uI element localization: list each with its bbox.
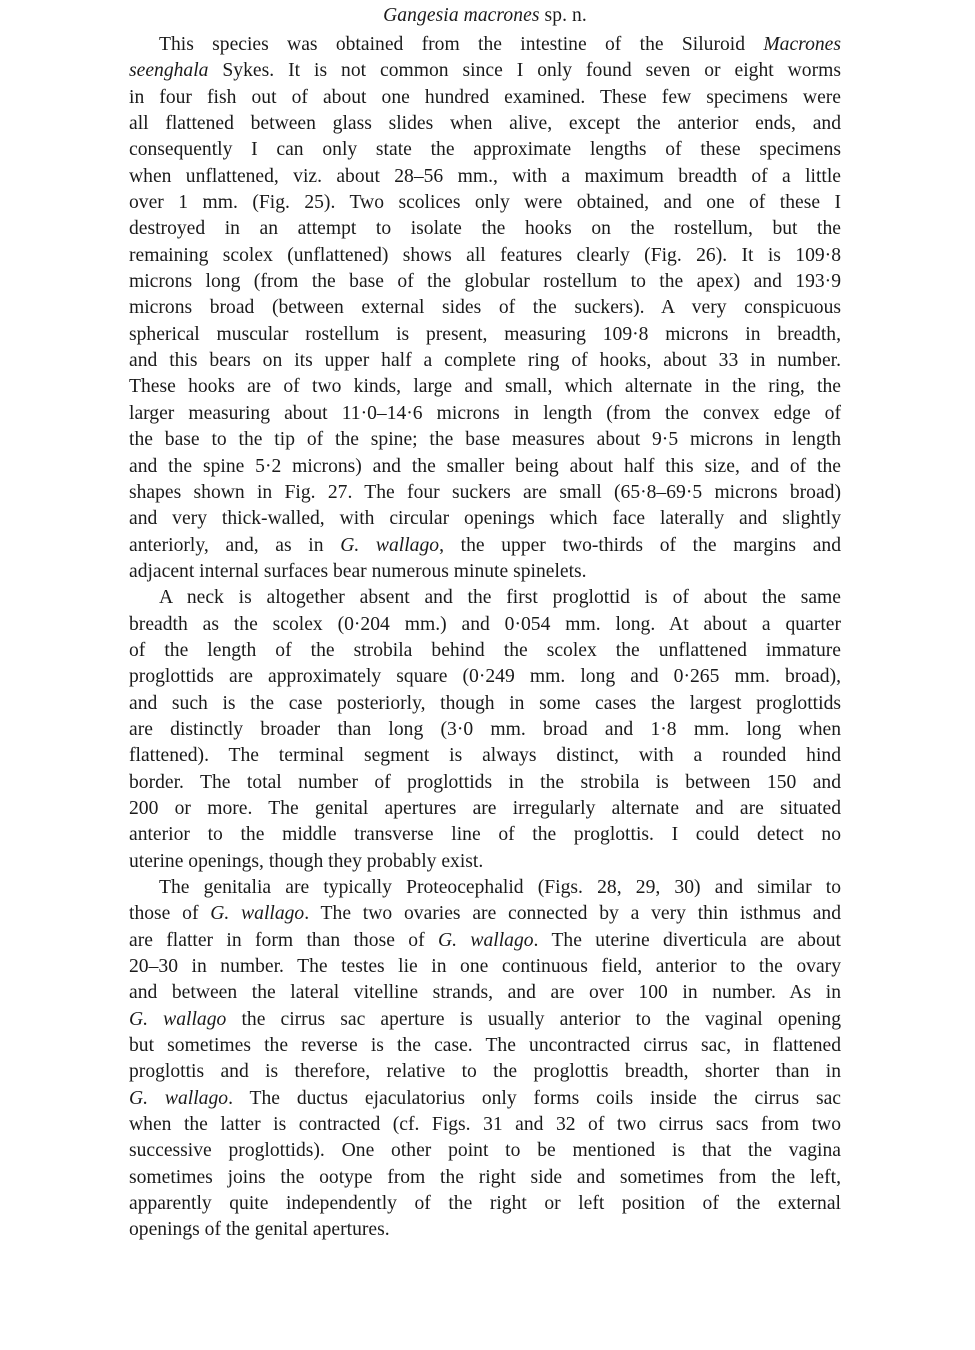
text-line: all flattened between glass slides when …: [129, 111, 841, 137]
text-run: successive proglottids). One other point…: [129, 1140, 841, 1161]
text-run: but sometimes the reverse is the case. T…: [129, 1035, 841, 1056]
text-run: This species was obtained from the intes…: [159, 34, 763, 55]
text-line: are distinctly broader than long (3·0 mm…: [129, 717, 841, 743]
text-line: These hooks are of two kinds, large and …: [129, 374, 841, 400]
text-run: Sykes. It is not common since I only fou…: [208, 60, 841, 81]
text-line: anterior to the middle transverse line o…: [129, 822, 841, 848]
text-line: microns broad (between external sides of…: [129, 295, 841, 321]
text-run: . The two ovaries are connected by a ver…: [304, 903, 841, 924]
italic-taxon-name: seenghala: [129, 60, 208, 81]
text-line: openings of the genital apertures.: [129, 1217, 841, 1243]
italic-taxon-name: G. wallago: [340, 535, 439, 556]
text-run: and very thick-walled, with circular ope…: [129, 508, 841, 529]
text-run: those of: [129, 903, 210, 924]
text-line: larger measuring about 11·0–14·6 microns…: [129, 401, 841, 427]
text-run: over 1 mm. (Fig. 25). Two scolices only …: [129, 192, 841, 213]
text-line: and the spine 5·2 microns) and the small…: [129, 454, 841, 480]
text-run: the cirrus sac aperture is usually anter…: [226, 1009, 841, 1030]
text-line: and this bears on its upper half a compl…: [129, 348, 841, 374]
text-line: and very thick-walled, with circular ope…: [129, 506, 841, 532]
text-line: in four fish out of about one hundred ex…: [129, 85, 841, 111]
text-line: when unflattened, viz. about 28–56 mm., …: [129, 164, 841, 190]
text-line: are flatter in form than those of G. wal…: [129, 928, 841, 954]
text-line: This species was obtained from the intes…: [129, 32, 841, 58]
italic-taxon-name: G. wallago: [438, 930, 534, 951]
text-run: adjacent internal surfaces bear numerous…: [129, 561, 587, 582]
text-run: proglottids are approximately square (0·…: [129, 666, 841, 687]
text-line: 20–30 in number. The testes lie in one c…: [129, 954, 841, 980]
section-heading: Gangesia macrones sp. n.: [129, 4, 841, 28]
text-run: 200 or more. The genital apertures are i…: [129, 798, 841, 819]
text-line: uterine openings, though they probably e…: [129, 849, 841, 875]
text-run: in four fish out of about one hundred ex…: [129, 87, 841, 108]
text-run: microns broad (between external sides of…: [129, 297, 841, 318]
text-run: The genitalia are typically Proteocephal…: [159, 877, 841, 898]
text-line: proglottids are approximately square (0·…: [129, 664, 841, 690]
text-run: microns long (from the base of the globu…: [129, 271, 841, 292]
italic-taxon-name: G. wallago: [129, 1009, 226, 1030]
text-run: and between the lateral vitelline strand…: [129, 982, 841, 1003]
text-run: the base to the tip of the spine; the ba…: [129, 429, 841, 450]
text-run: destroyed in an attempt to isolate the h…: [129, 218, 841, 239]
text-run: flattened). The terminal segment is alwa…: [129, 745, 841, 766]
italic-taxon-name: G. wallago: [129, 1088, 228, 1109]
text-line: G. wallago. The ductus ejaculatorius onl…: [129, 1086, 841, 1112]
text-run: anterior to the middle transverse line o…: [129, 824, 841, 845]
text-line: and such is the case posteriorly, though…: [129, 691, 841, 717]
text-run: sometimes joins the ootype from the righ…: [129, 1167, 841, 1188]
heading-species-name: Gangesia macrones: [383, 5, 539, 26]
text-line: the base to the tip of the spine; the ba…: [129, 427, 841, 453]
text-run: of the length of the strobila behind the…: [129, 640, 841, 661]
text-run: and such is the case posteriorly, though…: [129, 693, 841, 714]
paragraph-2: A neck is altogether absent and the firs…: [129, 585, 841, 875]
text-run: . The uterine diverticula are about: [534, 930, 841, 951]
paragraph-3: The genitalia are typically Proteocephal…: [129, 875, 841, 1244]
text-line: proglottis and is therefore, relative to…: [129, 1059, 841, 1085]
text-line: spherical muscular rostellum is present,…: [129, 322, 841, 348]
text-run: breadth as the scolex (0·204 mm.) and 0·…: [129, 614, 841, 635]
italic-taxon-name: G. wallago: [210, 903, 304, 924]
text-run: proglottis and is therefore, relative to…: [129, 1061, 841, 1082]
text-run: border. The total number of proglottids …: [129, 772, 841, 793]
text-run: are distinctly broader than long (3·0 mm…: [129, 719, 841, 740]
text-run: A neck is altogether absent and the firs…: [159, 587, 841, 608]
text-line: those of G. wallago. The two ovaries are…: [129, 901, 841, 927]
text-line: seenghala Sykes. It is not common since …: [129, 58, 841, 84]
paragraph-1: This species was obtained from the intes…: [129, 32, 841, 585]
text-run: and the spine 5·2 microns) and the small…: [129, 456, 841, 477]
text-line: anteriorly, and, as in G. wallago, the u…: [129, 533, 841, 559]
text-line: breadth as the scolex (0·204 mm.) and 0·…: [129, 612, 841, 638]
text-run: , the upper two-thirds of the margins an…: [439, 535, 841, 556]
text-line: 200 or more. The genital apertures are i…: [129, 796, 841, 822]
text-line: but sometimes the reverse is the case. T…: [129, 1033, 841, 1059]
text-line: adjacent internal surfaces bear numerous…: [129, 559, 841, 585]
text-line: successive proglottids). One other point…: [129, 1138, 841, 1164]
text-line: destroyed in an attempt to isolate the h…: [129, 216, 841, 242]
text-line: A neck is altogether absent and the firs…: [129, 585, 841, 611]
text-line: G. wallago the cirrus sac aperture is us…: [129, 1007, 841, 1033]
text-run: 20–30 in number. The testes lie in one c…: [129, 956, 841, 977]
text-line: remaining scolex (unflattened) shows all…: [129, 243, 841, 269]
text-run: when unflattened, viz. about 28–56 mm., …: [129, 166, 841, 187]
text-line: sometimes joins the ootype from the righ…: [129, 1165, 841, 1191]
text-run: and this bears on its upper half a compl…: [129, 350, 841, 371]
text-line: over 1 mm. (Fig. 25). Two scolices only …: [129, 190, 841, 216]
text-run: openings of the genital apertures.: [129, 1219, 390, 1240]
text-run: all flattened between glass slides when …: [129, 113, 841, 134]
text-run: anteriorly, and, as in: [129, 535, 340, 556]
text-line: when the latter is contracted (cf. Figs.…: [129, 1112, 841, 1138]
text-run: are flatter in form than those of: [129, 930, 438, 951]
text-run: remaining scolex (unflattened) shows all…: [129, 245, 841, 266]
text-run: These hooks are of two kinds, large and …: [129, 376, 841, 397]
text-run: . The ductus ejaculatorius only forms co…: [228, 1088, 841, 1109]
text-line: and between the lateral vitelline strand…: [129, 980, 841, 1006]
text-line: microns long (from the base of the globu…: [129, 269, 841, 295]
text-run: consequently I can only state the approx…: [129, 139, 841, 160]
text-run: apparently quite independently of the ri…: [129, 1193, 841, 1214]
text-line: of the length of the strobila behind the…: [129, 638, 841, 664]
heading-suffix: sp. n.: [545, 5, 587, 26]
body-text: This species was obtained from the intes…: [129, 32, 841, 1244]
text-run: spherical muscular rostellum is present,…: [129, 324, 841, 345]
text-run: shapes shown in Fig. 27. The four sucker…: [129, 482, 841, 503]
text-line: consequently I can only state the approx…: [129, 137, 841, 163]
text-run: uterine openings, though they probably e…: [129, 851, 483, 872]
italic-taxon-name: Macrones: [763, 34, 841, 55]
text-run: larger measuring about 11·0–14·6 microns…: [129, 403, 841, 424]
text-line: apparently quite independently of the ri…: [129, 1191, 841, 1217]
text-run: when the latter is contracted (cf. Figs.…: [129, 1114, 841, 1135]
text-line: flattened). The terminal segment is alwa…: [129, 743, 841, 769]
text-line: border. The total number of proglottids …: [129, 770, 841, 796]
text-line: shapes shown in Fig. 27. The four sucker…: [129, 480, 841, 506]
text-line: The genitalia are typically Proteocephal…: [129, 875, 841, 901]
